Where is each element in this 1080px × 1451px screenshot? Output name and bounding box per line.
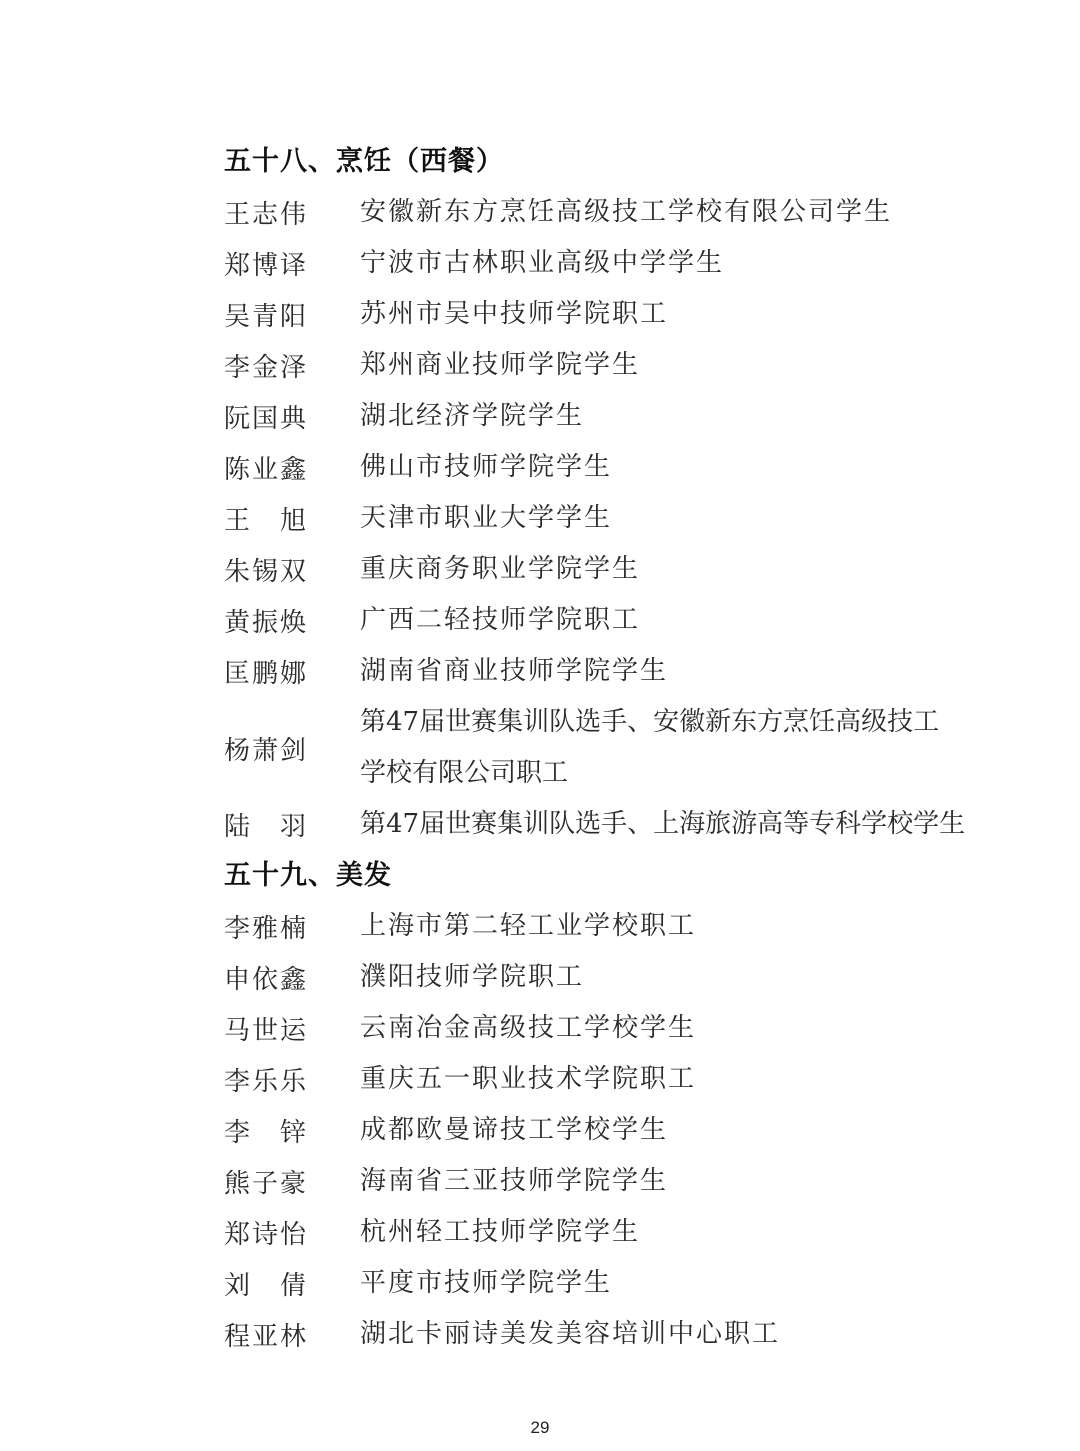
person-name: 申依鑫 xyxy=(224,959,360,996)
person-name: 陆 羽 xyxy=(224,806,360,843)
person-name: 熊子豪 xyxy=(224,1163,360,1200)
person-name: 李 锌 xyxy=(224,1112,360,1149)
person-name: 王志伟 xyxy=(224,194,360,231)
person-name: 郑诗怡 xyxy=(224,1214,360,1251)
organization: 天津市职业大学学生 xyxy=(360,493,964,544)
organization: 第47届世赛集训队选手、上海旅游高等专科学校学生 xyxy=(360,799,965,850)
organization: 成都欧曼谛技工学校学生 xyxy=(360,1105,964,1156)
organization: 宁波市古林职业高级中学学生 xyxy=(360,238,964,289)
person-name: 马世运 xyxy=(224,1010,360,1047)
organization: 重庆商务职业学院学生 xyxy=(360,544,964,595)
person-name: 刘 倩 xyxy=(224,1265,360,1302)
person-name: 阮国典 xyxy=(224,398,360,435)
document-page: 五十八、烹饪（西餐） 王志伟 安徽新东方烹饪高级技工学校有限公司学生 郑博译 宁… xyxy=(0,0,1080,1451)
organization: 郑州商业技师学院学生 xyxy=(360,340,964,391)
page-number: 29 xyxy=(0,1418,1080,1438)
list-item: 李雅楠 上海市第二轻工业学校职工 xyxy=(224,901,964,952)
list-item: 陈业鑫 佛山市技师学院学生 xyxy=(224,442,964,493)
person-name: 朱锡双 xyxy=(224,551,360,588)
list-item: 王志伟 安徽新东方烹饪高级技工学校有限公司学生 xyxy=(224,187,964,238)
person-name: 匡鹏娜 xyxy=(224,653,360,690)
organization: 海南省三亚技师学院学生 xyxy=(360,1156,964,1207)
list-item: 王 旭 天津市职业大学学生 xyxy=(224,493,964,544)
list-item: 吴青阳 苏州市吴中技师学院职工 xyxy=(224,289,964,340)
person-name: 李雅楠 xyxy=(224,908,360,945)
list-item: 熊子豪 海南省三亚技师学院学生 xyxy=(224,1156,964,1207)
list-item: 马世运 云南冶金高级技工学校学生 xyxy=(224,1003,964,1054)
organization: 第47届世赛集训队选手、安徽新东方烹饪高级技工学校有限公司职工 xyxy=(360,697,940,799)
organization: 佛山市技师学院学生 xyxy=(360,442,964,493)
list-item: 刘 倩 平度市技师学院学生 xyxy=(224,1258,964,1309)
person-name: 李金泽 xyxy=(224,347,360,384)
organization: 湖南省商业技师学院学生 xyxy=(360,646,964,697)
person-name: 郑博译 xyxy=(224,245,360,282)
person-name: 陈业鑫 xyxy=(224,449,360,486)
organization: 云南冶金高级技工学校学生 xyxy=(360,1003,964,1054)
document-content: 五十八、烹饪（西餐） 王志伟 安徽新东方烹饪高级技工学校有限公司学生 郑博译 宁… xyxy=(224,136,964,1360)
organization: 杭州轻工技师学院学生 xyxy=(360,1207,964,1258)
organization: 安徽新东方烹饪高级技工学校有限公司学生 xyxy=(360,187,964,238)
organization: 湖北经济学院学生 xyxy=(360,391,964,442)
list-item: 李 锌 成都欧曼谛技工学校学生 xyxy=(224,1105,964,1156)
list-item: 阮国典 湖北经济学院学生 xyxy=(224,391,964,442)
person-name: 程亚林 xyxy=(224,1316,360,1353)
person-name: 吴青阳 xyxy=(224,296,360,333)
organization: 上海市第二轻工业学校职工 xyxy=(360,901,964,952)
list-item: 匡鹏娜 湖南省商业技师学院学生 xyxy=(224,646,964,697)
person-name: 王 旭 xyxy=(224,500,360,537)
person-name: 李乐乐 xyxy=(224,1061,360,1098)
section-title-cooking-western: 五十八、烹饪（西餐） xyxy=(224,136,964,187)
organization: 重庆五一职业技术学院职工 xyxy=(360,1054,964,1105)
organization: 湖北卡丽诗美发美容培训中心职工 xyxy=(360,1309,964,1360)
list-item: 郑诗怡 杭州轻工技师学院学生 xyxy=(224,1207,964,1258)
list-item: 郑博译 宁波市古林职业高级中学学生 xyxy=(224,238,964,289)
organization: 广西二轻技师学院职工 xyxy=(360,595,964,646)
person-name: 杨萧剑 xyxy=(224,730,360,767)
list-item: 陆 羽 第47届世赛集训队选手、上海旅游高等专科学校学生 xyxy=(224,799,964,850)
organization: 苏州市吴中技师学院职工 xyxy=(360,289,964,340)
organization: 平度市技师学院学生 xyxy=(360,1258,964,1309)
list-item: 申依鑫 濮阳技师学院职工 xyxy=(224,952,964,1003)
section-title-hairdressing: 五十九、美发 xyxy=(224,850,964,901)
list-item: 杨萧剑 第47届世赛集训队选手、安徽新东方烹饪高级技工学校有限公司职工 xyxy=(224,697,964,799)
person-name: 黄振焕 xyxy=(224,602,360,639)
list-item: 黄振焕 广西二轻技师学院职工 xyxy=(224,595,964,646)
list-item: 程亚林 湖北卡丽诗美发美容培训中心职工 xyxy=(224,1309,964,1360)
list-item: 李乐乐 重庆五一职业技术学院职工 xyxy=(224,1054,964,1105)
list-item: 李金泽 郑州商业技师学院学生 xyxy=(224,340,964,391)
list-item: 朱锡双 重庆商务职业学院学生 xyxy=(224,544,964,595)
organization: 濮阳技师学院职工 xyxy=(360,952,964,1003)
